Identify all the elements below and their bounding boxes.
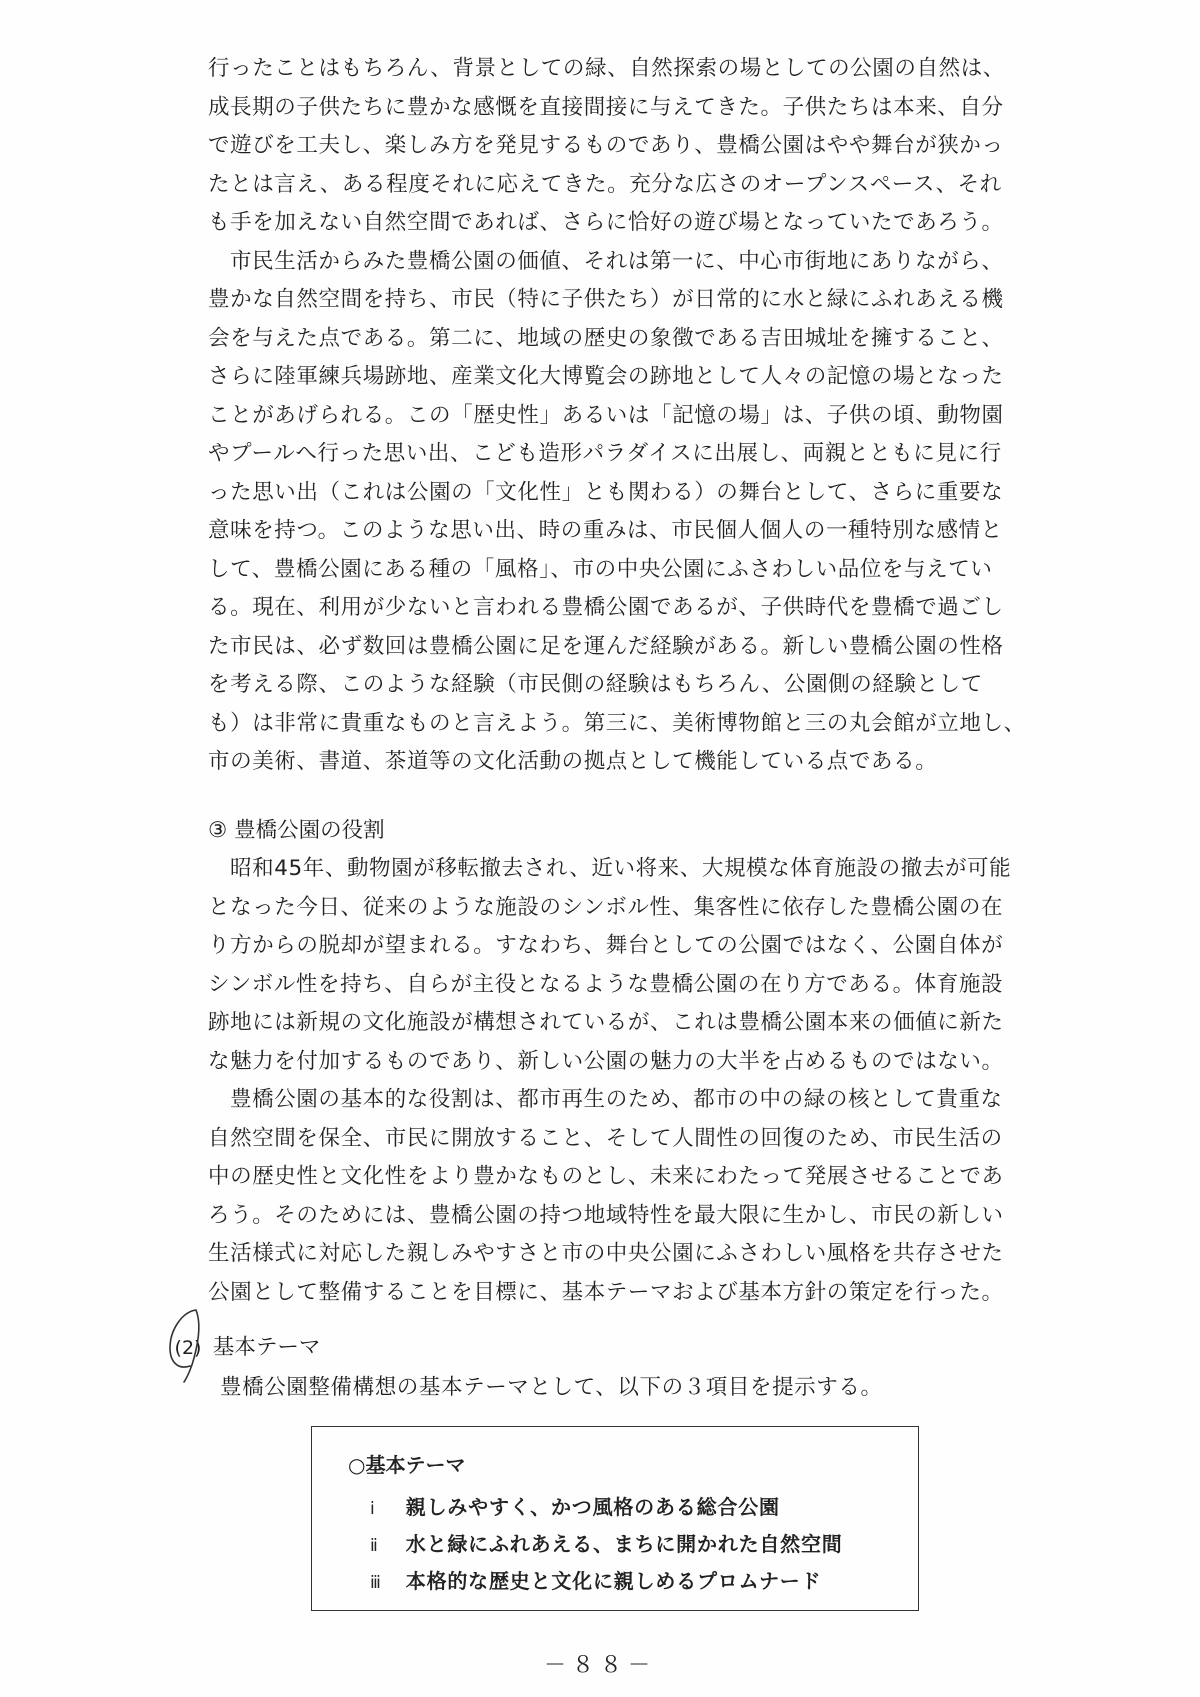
text-line: た市民は、必ず数回は豊橋公園に足を運んだ経験がある。新しい豊橋公園の性格 bbox=[208, 628, 1048, 667]
text-line: 豊かな自然空間を持ち、市民（特に子供たち）が日常的に水と緑にふれあえる機 bbox=[208, 281, 1048, 320]
text-line: 豊橋公園の基本的な役割は、都市再生のため、都市の中の緑の核として貴重な bbox=[208, 1081, 1048, 1120]
text-line: 意味を持つ。このような思い出、時の重みは、市民個人個人の一種特別な感情と bbox=[208, 512, 1048, 551]
body-text: 行ったことはもちろん、背景としての緑、自然探索の場としての公園の自然は、 成長期… bbox=[208, 50, 1048, 1312]
text-line: やプールへ行った思い出、こども造形パラダイスに出展し、両親とともに見に行 bbox=[208, 435, 1048, 474]
text-line: り方からの脱却が望まれる。すなわち、舞台としての公園ではなく、公園自体が bbox=[208, 927, 1048, 966]
section-basic-theme: (2) 基本テーマ 豊橋公園整備構想の基本テーマとして、以下の３項目を提示する。 bbox=[170, 1328, 1070, 1408]
text-line: を考える際、このような経験（市民側の経験はもちろん、公園側の経験として bbox=[208, 666, 1048, 705]
section-heading: ③ 豊橋公園の役割 bbox=[208, 812, 1048, 851]
text-line: シンボル性を持ち、自らが主役となるような豊橋公園の在り方である。体育施設 bbox=[208, 966, 1048, 1005]
page-number: －８８－ bbox=[0, 1648, 1200, 1679]
document-page: 行ったことはもちろん、背景としての緑、自然探索の場としての公園の自然は、 成長期… bbox=[0, 0, 1200, 1697]
text-line: ことがあげられる。この「歴史性」あるいは「記憶の場」は、子供の頃、動物園 bbox=[208, 397, 1048, 436]
theme-item: ⅲ 本格的な歴史と文化に親しめるプロムナード bbox=[370, 1563, 843, 1600]
theme-item: ⅱ 水と緑にふれあえる、まちに開かれた自然空間 bbox=[370, 1526, 843, 1563]
text-line: 行ったことはもちろん、背景としての緑、自然探索の場としての公園の自然は、 bbox=[208, 50, 1048, 89]
text-line: も）は非常に貴重なものと言えよう。第三に、美術博物館と三の丸会館が立地し、 bbox=[208, 705, 1048, 744]
text-line: 生活様式に対応した親しみやすさと市の中央公園にふさわしい風格を共存させた bbox=[208, 1235, 1048, 1274]
text-line: して、豊橋公園にある種の「風格」、市の中央公園にふさわしい品位を与えてい bbox=[208, 551, 1048, 590]
item-text: 本格的な歴史と文化に親しめるプロムナード bbox=[406, 1569, 822, 1593]
text-line: 昭和45年、動物園が移転撤去され、近い将来、大規模な体育施設の撤去が可能 bbox=[208, 850, 1048, 889]
theme-box: ○基本テーマ ⅰ 親しみやすく、かつ風格のある総合公園 ⅱ 水と緑にふれあえる、… bbox=[311, 1426, 919, 1611]
section-intro: 豊橋公園整備構想の基本テーマとして、以下の３項目を提示する。 bbox=[170, 1368, 1070, 1408]
text-line: 会を与えた点である。第二に、地域の歴史の象徴である吉田城址を擁すること、 bbox=[208, 320, 1048, 359]
section-heading: 基本テーマ bbox=[213, 1335, 321, 1360]
spacer bbox=[208, 782, 1048, 812]
text-line: ろう。そのためには、豊橋公園の持つ地域特性を最大限に生かし、市民の新しい bbox=[208, 1197, 1048, 1236]
item-numeral: ⅱ bbox=[370, 1528, 398, 1565]
theme-list: ⅰ 親しみやすく、かつ風格のある総合公園 ⅱ 水と緑にふれあえる、まちに開かれた… bbox=[370, 1489, 843, 1600]
text-line: たとは言え、ある程度それに応えてきた。充分な広さのオープンスペース、それ bbox=[208, 166, 1048, 205]
text-line: 跡地には新規の文化施設が構想されているが、これは豊橋公園本来の価値に新た bbox=[208, 1004, 1048, 1043]
text-line: 中の歴史性と文化性をより豊かなものとし、未来にわたって発展させることであ bbox=[208, 1158, 1048, 1197]
text-line: も手を加えない自然空間であれば、さらに恰好の遊び場となっていたであろう。 bbox=[208, 204, 1048, 243]
text-line: で遊びを工夫し、楽しみ方を発見するものであり、豊橋公園はやや舞台が狭かっ bbox=[208, 127, 1048, 166]
theme-item: ⅰ 親しみやすく、かつ風格のある総合公園 bbox=[370, 1489, 843, 1526]
item-numeral: ⅲ bbox=[370, 1565, 398, 1602]
item-numeral: ⅰ bbox=[370, 1491, 398, 1528]
text-line: 公園として整備することを目標に、基本テーマおよび基本方針の策定を行った。 bbox=[208, 1274, 1048, 1313]
item-text: 水と緑にふれあえる、まちに開かれた自然空間 bbox=[406, 1532, 843, 1556]
theme-box-title: ○基本テーマ bbox=[348, 1449, 465, 1478]
text-line: な魅力を付加するものであり、新しい公園の魅力の大半を占めるものではない。 bbox=[208, 1043, 1048, 1082]
item-text: 親しみやすく、かつ風格のある総合公園 bbox=[406, 1495, 780, 1519]
text-line: となった今日、従来のような施設のシンボル性、集客性に依存した豊橋公園の在 bbox=[208, 889, 1048, 928]
text-line: 自然空間を保全、市民に開放すること、そして人間性の回復のため、市民生活の bbox=[208, 1120, 1048, 1159]
text-line: った思い出（これは公園の「文化性」とも関わる）の舞台として、さらに重要な bbox=[208, 474, 1048, 513]
text-line: 市の美術、書道、茶道等の文化活動の拠点として機能している点である。 bbox=[208, 743, 1048, 782]
text-line: 成長期の子供たちに豊かな感慨を直接間接に与えてきた。子供たちは本来、自分 bbox=[208, 89, 1048, 128]
section-title-row: (2) 基本テーマ bbox=[170, 1328, 1070, 1368]
text-line: さらに陸軍練兵場跡地、産業文化大博覧会の跡地として人々の記憶の場となった bbox=[208, 358, 1048, 397]
handwritten-circle-icon bbox=[164, 1306, 208, 1386]
text-line: る。現在、利用が少ないと言われる豊橋公園であるが、子供時代を豊橋で過ごし bbox=[208, 589, 1048, 628]
text-line: 市民生活からみた豊橋公園の価値、それは第一に、中心市街地にありながら、 bbox=[208, 243, 1048, 282]
